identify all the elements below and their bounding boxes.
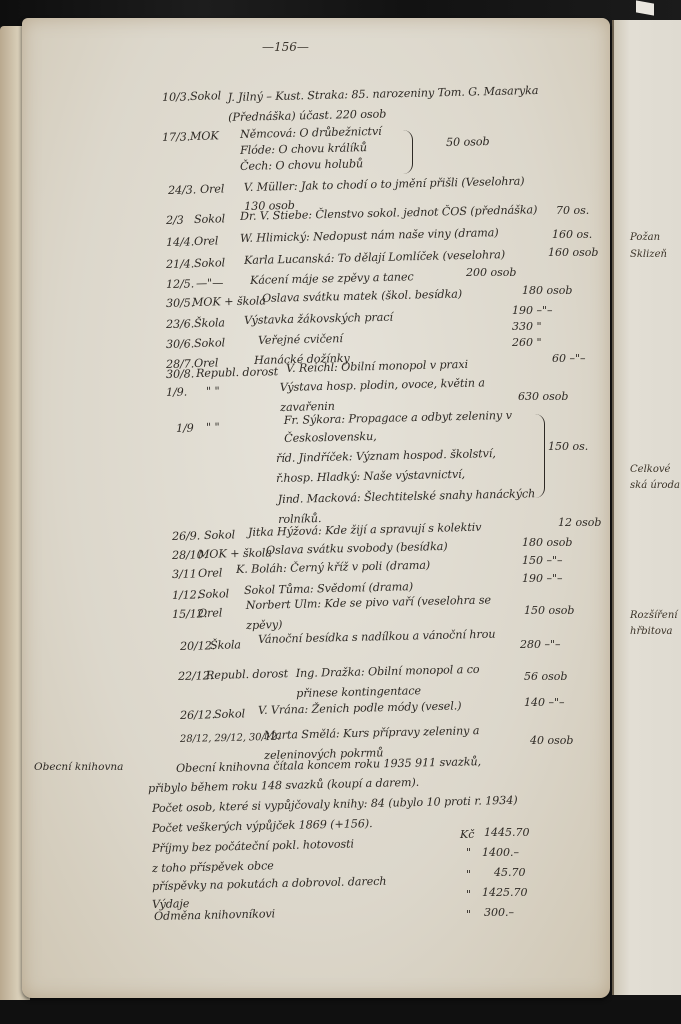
facing-page-fragment: Sklizeň xyxy=(630,249,667,260)
entry-attendance: 70 os. xyxy=(556,204,589,217)
entry-date: 30/8. xyxy=(166,367,194,381)
ledger-amount: 1425.70 xyxy=(482,886,528,899)
page-number: —156— xyxy=(262,40,309,54)
entry-attendance: 280 –"– xyxy=(520,638,561,651)
ledger-currency: " xyxy=(466,846,471,859)
ledger-currency: Kč xyxy=(460,828,474,841)
entry-org: " " xyxy=(206,421,220,434)
entry-line: Čech: O chovu holubů xyxy=(240,157,363,173)
brace xyxy=(402,130,413,174)
entry-org: Orel xyxy=(194,234,219,248)
facing-page-fragment: Celkové xyxy=(630,464,670,475)
ledger-currency: " xyxy=(466,868,471,881)
ledger-amount: 300.– xyxy=(484,906,514,919)
entry-date: 2/3 xyxy=(166,214,184,227)
entry-date: 12/5. xyxy=(166,277,194,291)
entry-attendance: 60 –"– xyxy=(552,352,586,365)
entry-date: 14/4. xyxy=(166,235,194,249)
entry-org: Škola xyxy=(194,316,225,330)
entry-attendance: 50 osob xyxy=(446,135,490,149)
entry-date: 23/6. xyxy=(166,317,194,331)
entry-org: Škola xyxy=(210,638,241,652)
entry-attendance: 260 " xyxy=(512,336,542,349)
ledger-amount: 1400.– xyxy=(482,846,519,859)
ledger-amount: 1445.70 xyxy=(484,826,530,839)
entry-attendance: 630 osob xyxy=(518,390,568,403)
entry-org: —"— xyxy=(196,276,224,290)
ledger-currency: " xyxy=(466,908,471,921)
entry-org: " " xyxy=(206,385,220,398)
facing-page-fragment: Rozšíření xyxy=(630,610,678,621)
entry-date: 10/3. xyxy=(162,90,190,104)
entry-text: J. Jilný – Kust. Straka: 85. narozeniny … xyxy=(228,80,569,128)
entry-date: 24/3. xyxy=(168,183,196,197)
entry-org: MOK + škola xyxy=(192,294,266,309)
entry-attendance: 12 osob xyxy=(558,516,601,529)
entry-attendance: 330 " xyxy=(512,320,542,333)
entry-date: 26/9. xyxy=(172,529,200,543)
entry-org: Orel xyxy=(198,566,223,580)
entry-org: Orel xyxy=(200,182,225,196)
ledger-amount: 45.70 xyxy=(494,866,526,879)
entry-org: Sokol xyxy=(198,587,229,601)
entry-attendance: 160 os. xyxy=(552,228,592,241)
facing-page-fragment: Požan xyxy=(630,232,660,243)
entry-date: 3/11 xyxy=(172,567,197,581)
entry-org: Orel xyxy=(198,606,223,620)
entry-attendance: 150 os. xyxy=(548,440,588,453)
scanner-background-bottom xyxy=(0,1000,681,1024)
entry-attendance: 190 –"– xyxy=(512,304,553,317)
ledger-currency: " xyxy=(466,888,471,901)
entry-org: Republ. dorost xyxy=(206,667,288,682)
entry-org: Sokol xyxy=(194,336,225,350)
entry-date: 26/12. xyxy=(180,708,215,722)
entry-text: Ing. Dražka: Obilní monopol a co přinese… xyxy=(296,659,517,704)
entry-attendance: 140 –"– xyxy=(524,696,565,709)
entry-attendance: 150 osob xyxy=(524,604,574,617)
entry-org: Sokol xyxy=(194,212,225,226)
entry-date: 21/4. xyxy=(166,257,194,271)
brace xyxy=(534,414,545,498)
entry-date: 1/12. xyxy=(172,588,200,602)
entry-attendance: 180 osob xyxy=(522,536,572,549)
entry-org: Sokol xyxy=(214,707,245,721)
entry-org: Sokol xyxy=(194,256,225,270)
ledger-label: Odměna knihovníkovi xyxy=(154,907,275,923)
entry-text: Veřejné cvičení xyxy=(258,332,343,347)
entry-date: 1/9. xyxy=(166,386,187,399)
entry-attendance: 150 –"– xyxy=(522,554,563,567)
entry-org: MOK + škola xyxy=(198,546,272,561)
facing-page-fragment: ská úroda xyxy=(630,480,680,491)
entry-attendance: 180 osob xyxy=(522,284,572,297)
entry-attendance: 190 –"– xyxy=(522,572,563,585)
ledger-label: z toho příspěvek obce xyxy=(152,859,274,875)
entry-date: 30/6. xyxy=(166,337,194,351)
entry-attendance: 40 osob xyxy=(530,734,573,747)
entry-date: 17/3. xyxy=(162,130,190,144)
entry-org: Sokol xyxy=(190,89,221,103)
entry-org: Republ. dorost xyxy=(196,365,278,380)
margin-heading: Obecní knihovna xyxy=(34,761,123,773)
entry-date: 30/5. xyxy=(166,296,194,310)
facing-page-fragment: hřbitova xyxy=(630,626,672,637)
entry-attendance: 56 osob xyxy=(524,670,567,683)
entry-attendance: 160 osob xyxy=(548,246,598,259)
entry-org: MOK xyxy=(190,129,219,143)
entry-date: 1/9 xyxy=(176,422,194,435)
entry-org: Sokol xyxy=(204,528,235,542)
entry-line: Fr. Sýkora: Propagace a odbyt zeleniny v… xyxy=(284,406,539,448)
facing-page: Požan Sklizeň Celkové ská úroda Rozšířen… xyxy=(612,20,681,995)
entry-attendance: 200 osob xyxy=(466,266,516,279)
